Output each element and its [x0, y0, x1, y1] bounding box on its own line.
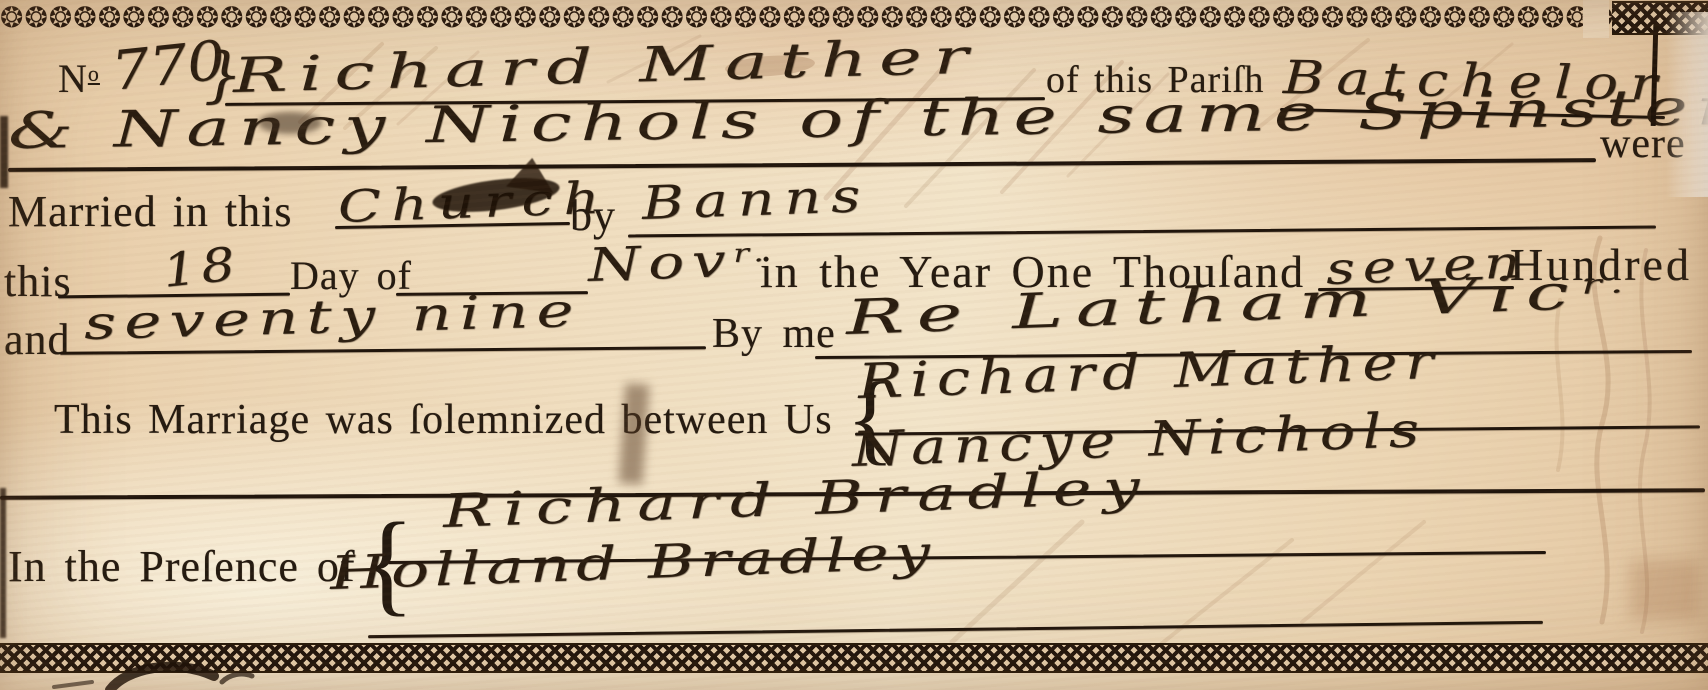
page-edge-highlight-right — [1666, 12, 1708, 197]
marriage-register-scan: ❂❂❂❂❂❂❂❂❂❂❂❂❂❂❂❂❂❂❂❂❂❂❂❂❂❂❂❂❂❂❂❂❂❂❂❂❂❂❂❂… — [0, 0, 1708, 690]
next-entry-flourish — [0, 0, 1708, 690]
page-edge-mark-left-upper — [0, 116, 8, 188]
page-edge-mark-left-lower — [0, 488, 6, 638]
stain-bottom-right — [1630, 560, 1700, 620]
